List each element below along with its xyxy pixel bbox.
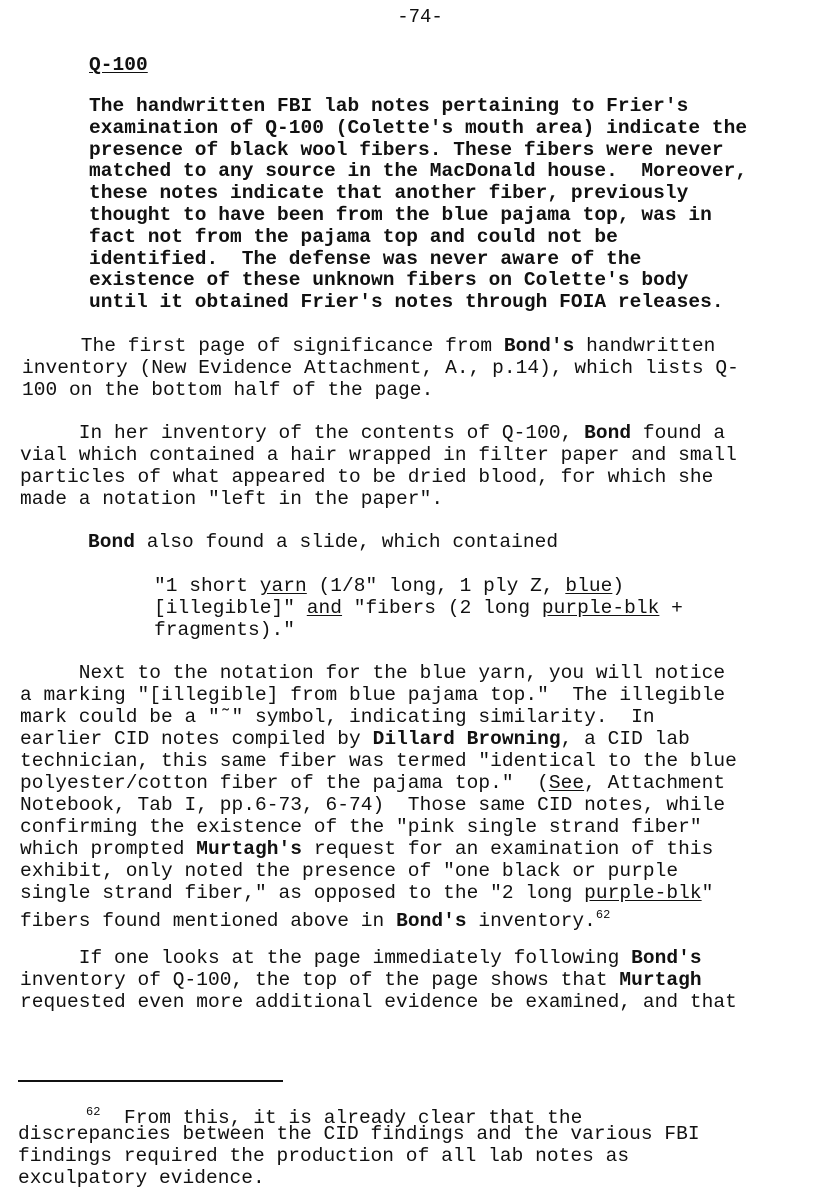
section-heading: Q-100 xyxy=(89,54,148,76)
bold-summary-line: until it obtained Frier's notes through … xyxy=(89,291,724,313)
bold-summary-line: thought to have been from the blue pajam… xyxy=(89,204,712,226)
footnote-divider xyxy=(18,1080,283,1082)
name-bond: Bond's xyxy=(631,947,702,969)
name-bond: Bond's xyxy=(396,910,467,932)
name-murtagh: Murtagh's xyxy=(196,838,302,860)
bold-summary-line: identified. The defense was never aware … xyxy=(89,248,641,270)
footnote-reference[interactable]: 62 xyxy=(596,908,611,922)
footnote-marker: 62 xyxy=(86,1105,101,1119)
name-bond: Bond xyxy=(88,531,135,553)
bold-summary-line: these notes indicate that another fiber,… xyxy=(89,182,688,204)
name-bond: Bond's xyxy=(504,335,575,357)
bold-summary-line: existence of these unknown fibers on Col… xyxy=(89,269,688,291)
bold-summary-line: fact not from the pajama top and could n… xyxy=(89,226,618,248)
name-bond: Bond xyxy=(584,422,631,444)
paragraph-slide: Bond also found a slide, which contained xyxy=(88,531,558,553)
name-murtagh: Murtagh xyxy=(619,969,701,991)
see-citation: See xyxy=(549,772,584,794)
name-dillard-browning: Dillard Browning xyxy=(373,728,561,750)
bold-summary-line: The handwritten FBI lab notes pertaining… xyxy=(89,95,688,117)
page-number: -74- xyxy=(0,6,840,28)
bold-summary-line: matched to any source in the MacDonald h… xyxy=(89,160,747,182)
bold-summary-line: presence of black wool fibers. These fib… xyxy=(89,139,724,161)
bold-summary-line: examination of Q-100 (Colette's mouth ar… xyxy=(89,117,747,139)
